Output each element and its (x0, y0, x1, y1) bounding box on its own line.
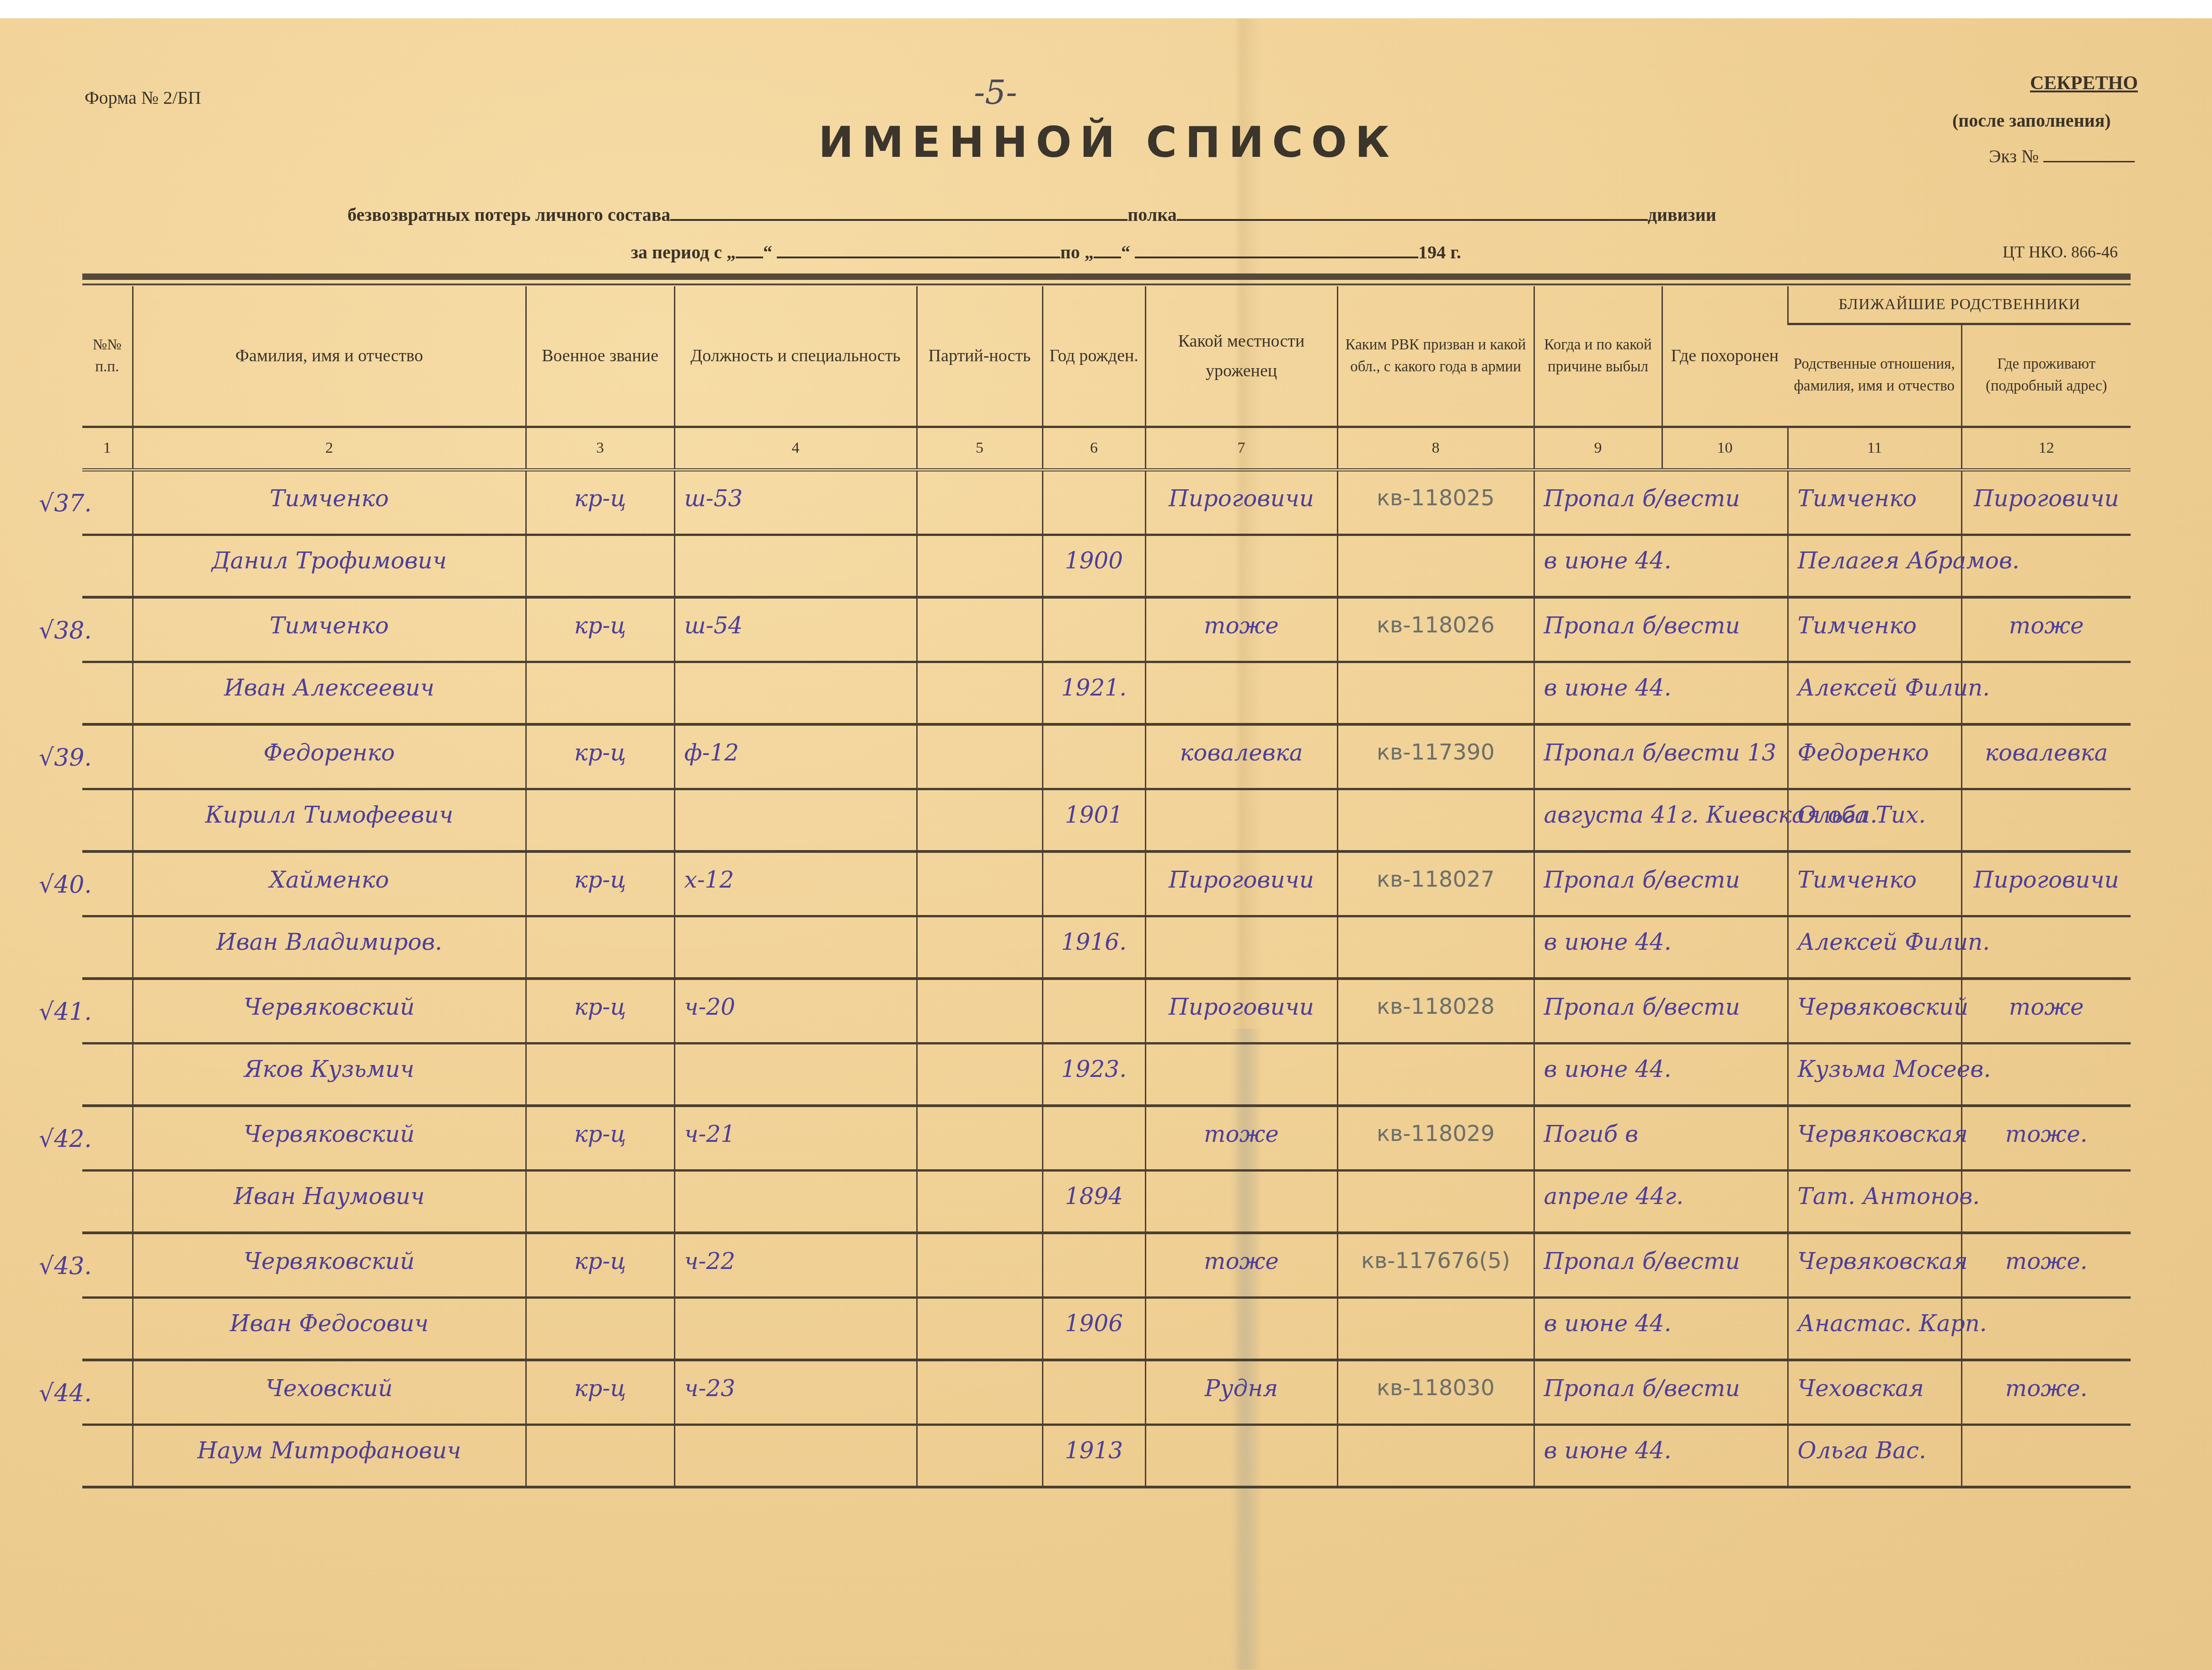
cell-full-name: ЧервяковскийИван Наумович (133, 1106, 526, 1233)
col-number-7: 7 (1145, 427, 1337, 470)
cell-kin-address: Пироговичи (1961, 470, 2131, 598)
checkmark-icon: √ (39, 1252, 54, 1280)
kin-surname: Чеховская (1789, 1375, 1961, 1402)
birth-year: 1894 (1043, 1183, 1145, 1210)
kin-address: Пироговичи (1962, 485, 2131, 512)
cell-birth-year: 1923. (1042, 979, 1145, 1106)
cell-position: ч-22 (674, 1233, 917, 1360)
position: ш-53 (675, 485, 916, 512)
cell-rvk: кв-117390 (1337, 724, 1534, 851)
cell-birthplace: тоже (1145, 597, 1337, 724)
cell-full-name: ТимченкоДанил Трофимович (133, 470, 526, 598)
cell-kin-address: тоже. (1961, 1360, 2131, 1487)
kin-surname: Тимченко (1789, 867, 1961, 893)
table-row: √37. ТимченкоДанил Трофимович кр-ц ш-53 … (82, 470, 2131, 598)
col-header-buried: Где похоронен (1662, 286, 1788, 427)
when-why-line2: в июне 44. (1535, 674, 1787, 701)
birth-year: 1901 (1043, 802, 1145, 828)
when-why-line2: в июне 44. (1535, 1056, 1787, 1082)
kin-surname: Червяковский (1789, 994, 1961, 1020)
table-row: √43. ЧервяковскийИван Федосович кр-ц ч-2… (82, 1233, 2131, 1360)
rvk-number: кв-118026 (1338, 612, 1533, 638)
cell-rank: кр-ц (526, 1233, 674, 1360)
given-names: Иван Владимиров. (134, 929, 525, 955)
cell-birth-year: 1900 (1042, 470, 1145, 598)
cell-when-why: Пропал б/вестив июне 44. (1534, 979, 1788, 1106)
kin-address: тоже (1962, 994, 2131, 1020)
col-number-11: 11 (1788, 427, 1961, 470)
rvk-number: кв-118029 (1338, 1121, 1533, 1146)
row-number: √41. (39, 998, 92, 1026)
year-label: 194 г. (1418, 242, 1461, 262)
birthplace: Пироговичи (1146, 867, 1337, 893)
cell-birth-year: 1906 (1042, 1233, 1145, 1360)
cell-when-why: Пропал б/вестив июне 44. (1534, 851, 1788, 979)
surname: Хайменко (134, 867, 525, 893)
cell-rvk: кв-118026 (1337, 597, 1534, 724)
copy-number-blank (2043, 161, 2135, 162)
when-why-line1: Погиб в (1535, 1121, 1787, 1147)
regiment-blank (670, 219, 1127, 221)
header-rule-thin (82, 284, 2131, 285)
cell-rvk: кв-117676(5) (1337, 1233, 1534, 1360)
when-why-line2: в июне 44. (1535, 929, 1787, 955)
when-why-line1: Пропал б/вести (1535, 1248, 1787, 1274)
col-number-5: 5 (917, 427, 1042, 470)
position: х-12 (675, 867, 916, 893)
surname: Тимченко (134, 485, 525, 512)
table-row: √39. ФедоренкоКирилл Тимофеевич кр-ц ф-1… (82, 724, 2131, 851)
cell-party (917, 724, 1042, 851)
rank: кр-ц (527, 1121, 674, 1147)
kin-given-names: Анастас. Карп. (1789, 1310, 1961, 1337)
cell-rvk: кв-118029 (1337, 1106, 1534, 1233)
col-number-6: 6 (1042, 427, 1145, 470)
table-row: √44. ЧеховскийНаум Митрофанович кр-ц ч-2… (82, 1360, 2131, 1487)
classification-note: (после заполнения) (1952, 110, 2111, 131)
col-number-8: 8 (1337, 427, 1534, 470)
col-header-position: Должность и специальность (674, 286, 917, 427)
table-row: √40. ХайменкоИван Владимиров. кр-ц х-12 … (82, 851, 2131, 979)
given-names: Кирилл Тимофеевич (134, 802, 525, 828)
when-why-line2: в июне 44. (1535, 1310, 1787, 1337)
given-names: Иван Наумович (134, 1183, 525, 1210)
when-why-line1: Пропал б/вести (1535, 1375, 1787, 1402)
cell-birthplace: Пироговичи (1145, 470, 1337, 598)
kin-address: Пироговичи (1962, 867, 2131, 893)
cell-kin-relation: ТимченкоАлексей Филип. (1788, 851, 1961, 979)
cell-kin-relation: ФедоренкоОльга Тих. (1788, 724, 1961, 851)
surname: Червяковский (134, 994, 525, 1020)
when-why-line1: Пропал б/вести 13 (1535, 739, 1787, 766)
position: ч-23 (675, 1375, 916, 1402)
rvk-number: кв-117390 (1338, 739, 1533, 765)
cell-birthplace: тоже (1145, 1233, 1337, 1360)
birthplace: Рудня (1146, 1375, 1337, 1402)
rank: кр-ц (527, 867, 674, 893)
cell-full-name: ЧеховскийНаум Митрофанович (133, 1360, 526, 1487)
when-why-line2: августа 41г. Киевская обл. (1535, 802, 1787, 828)
cell-full-name: ЧервяковскийЯков Кузьмич (133, 979, 526, 1106)
period-line: за период с „“ по „“ 194 г. (631, 241, 1461, 263)
col-header-number: №№ п.п. (82, 286, 133, 427)
cell-kin-relation: ЧеховскаяОльга Вас. (1788, 1360, 1961, 1487)
position: ф-12 (675, 739, 916, 766)
print-code: ЦТ НКО. 866-46 (2003, 242, 2118, 262)
checkmark-icon: √ (39, 1380, 54, 1407)
cell-party (917, 1233, 1042, 1360)
cell-rvk: кв-118030 (1337, 1360, 1534, 1487)
cell-party (917, 1360, 1042, 1487)
cell-number: √42. (82, 1106, 133, 1233)
period-to-month-blank (1135, 257, 1418, 258)
given-names: Яков Кузьмич (134, 1056, 525, 1082)
when-why-line1: Пропал б/вести (1535, 867, 1787, 893)
row-number: √37. (39, 490, 92, 517)
birthplace: тоже (1146, 612, 1337, 639)
row-number: √43. (39, 1252, 92, 1280)
cell-birth-year: 1901 (1042, 724, 1145, 851)
cell-position: ш-53 (674, 470, 917, 598)
cell-rvk: кв-118028 (1337, 979, 1534, 1106)
kin-surname: Тимченко (1789, 612, 1961, 639)
kin-address: тоже (1962, 612, 2131, 639)
cell-position: ш-54 (674, 597, 917, 724)
cell-number: √40. (82, 851, 133, 979)
kin-given-names: Пелагея Абрамов. (1789, 547, 1961, 574)
surname: Червяковский (134, 1121, 525, 1147)
classification-stamp: СЕКРЕТНО (2030, 72, 2138, 94)
cell-birth-year: 1916. (1042, 851, 1145, 979)
col-header-party: Партий-ность (917, 286, 1042, 427)
given-names: Иван Алексеевич (134, 674, 525, 701)
when-why-line1: Пропал б/вести (1535, 485, 1787, 512)
col-number-12: 12 (1961, 427, 2131, 470)
col-group-next-of-kin: БЛИЖАЙШИЕ РОДСТВЕННИКИ (1788, 286, 2131, 324)
cell-when-why: Погиб вапреле 44г. (1534, 1106, 1788, 1233)
col-header-birth-year: Год рожден. (1042, 286, 1145, 427)
cell-rvk: кв-118025 (1337, 470, 1534, 598)
cell-kin-address: Пироговичи (1961, 851, 2131, 979)
given-names: Данил Трофимович (134, 547, 525, 574)
period-to-day-blank (1094, 257, 1121, 258)
checkmark-icon: √ (39, 490, 54, 517)
birthplace: Пироговичи (1146, 485, 1337, 512)
cell-position: х-12 (674, 851, 917, 979)
kin-given-names: Кузьма Мосеев. (1789, 1056, 1961, 1082)
cell-kin-relation: ЧервяковскаяТат. Антонов. (1788, 1106, 1961, 1233)
col-header-full-name: Фамилия, имя и отчество (133, 286, 526, 427)
col-header-kin-relation: Родственные отношения, фамилия, имя и от… (1788, 324, 1961, 427)
cell-full-name: ФедоренкоКирилл Тимофеевич (133, 724, 526, 851)
cell-rank: кр-ц (526, 851, 674, 979)
cell-number: √38. (82, 597, 133, 724)
cell-kin-address: тоже (1961, 979, 2131, 1106)
rank: кр-ц (527, 485, 674, 512)
regiment-label: полка (1127, 204, 1176, 225)
col-header-kin-address: Где проживают (подробный адрес) (1961, 324, 2131, 427)
rvk-number: кв-118025 (1338, 485, 1533, 511)
given-names: Иван Федосович (134, 1310, 525, 1337)
when-why-line2: апреле 44г. (1535, 1183, 1787, 1210)
kin-address: ковалевка (1962, 739, 2131, 766)
cell-when-why: Пропал б/вестив июне 44. (1534, 1233, 1788, 1360)
kin-given-names: Ольга Вас. (1789, 1437, 1961, 1464)
cell-kin-relation: ЧервяковскийКузьма Мосеев. (1788, 979, 1961, 1106)
cell-party (917, 979, 1042, 1106)
col-number-10: 10 (1662, 427, 1788, 470)
cell-when-why: Пропал б/вести 13августа 41г. Киевская о… (1534, 724, 1788, 851)
kin-surname: Федоренко (1789, 739, 1961, 766)
table-row: √41. ЧервяковскийЯков Кузьмич кр-ц ч-20 … (82, 979, 2131, 1106)
row-number: √44. (39, 1380, 92, 1407)
checkmark-icon: √ (39, 998, 54, 1026)
cell-when-why: Пропал б/вестив июне 44. (1534, 597, 1788, 724)
birth-year: 1906 (1043, 1310, 1145, 1337)
when-why-line2: в июне 44. (1535, 547, 1787, 574)
checkmark-icon: √ (39, 744, 54, 771)
kin-address: тоже. (1962, 1375, 2131, 1402)
header-rule-thick (82, 273, 2131, 280)
period-to-label: по „ (1060, 242, 1094, 262)
position: ч-20 (675, 994, 916, 1020)
position: ч-21 (675, 1121, 916, 1147)
cell-kin-address: тоже. (1961, 1106, 2131, 1233)
cell-kin-address: тоже. (1961, 1233, 2131, 1360)
period-from-day-blank (736, 257, 763, 258)
cell-full-name: ТимченкоИван Алексеевич (133, 597, 526, 724)
rvk-number: кв-118030 (1338, 1375, 1533, 1401)
page-number: -5- (974, 73, 1017, 112)
cell-number: √41. (82, 979, 133, 1106)
cell-kin-address: ковалевка (1961, 724, 2131, 851)
birth-year: 1916. (1043, 929, 1145, 955)
kin-address: тоже. (1962, 1248, 2131, 1274)
col-number-3: 3 (526, 427, 674, 470)
kin-surname: Тимченко (1789, 485, 1961, 512)
cell-rank: кр-ц (526, 1360, 674, 1487)
rvk-number: кв-117676(5) (1338, 1248, 1533, 1274)
table-row: √38. ТимченкоИван Алексеевич кр-ц ш-54 1… (82, 597, 2131, 724)
cell-rank: кр-ц (526, 470, 674, 598)
row-number: √38. (39, 617, 92, 644)
surname: Тимченко (134, 612, 525, 639)
kin-surname: Червяковская (1789, 1248, 1961, 1274)
kin-given-names: Тат. Антонов. (1789, 1183, 1961, 1210)
cell-birthplace: Пироговичи (1145, 979, 1337, 1106)
rank: кр-ц (527, 739, 674, 766)
when-why-line2: в июне 44. (1535, 1437, 1787, 1464)
birthplace: Пироговичи (1146, 994, 1337, 1020)
kin-given-names: Ольга Тих. (1789, 802, 1961, 828)
position: ч-22 (675, 1248, 916, 1274)
cell-when-why: Пропал б/вестив июне 44. (1534, 1360, 1788, 1487)
cell-full-name: ЧервяковскийИван Федосович (133, 1233, 526, 1360)
col-header-rank: Военное звание (526, 286, 674, 427)
period-from-label: за период с „ (631, 242, 736, 262)
checkmark-icon: √ (39, 1125, 54, 1153)
cell-rank: кр-ц (526, 724, 674, 851)
birth-year: 1923. (1043, 1056, 1145, 1082)
kin-address: тоже. (1962, 1121, 2131, 1147)
rank: кр-ц (527, 612, 674, 639)
cell-position: ф-12 (674, 724, 917, 851)
birth-year: 1921. (1043, 674, 1145, 701)
col-header-when-why: Когда и по какой причине выбыл (1534, 286, 1662, 427)
surname: Червяковский (134, 1248, 525, 1274)
table-row: √42. ЧервяковскийИван Наумович кр-ц ч-21… (82, 1106, 2131, 1233)
cell-number: √44. (82, 1360, 133, 1487)
cell-birth-year: 1913 (1042, 1360, 1145, 1487)
cell-rank: кр-ц (526, 979, 674, 1106)
checkmark-icon: √ (39, 871, 54, 899)
when-why-line1: Пропал б/вести (1535, 612, 1787, 639)
col-number-1: 1 (82, 427, 133, 470)
cell-party (917, 1106, 1042, 1233)
document-title: ИМЕННОЙ СПИСОК (818, 118, 1398, 167)
cell-number: √43. (82, 1233, 133, 1360)
birthplace: ковалевка (1146, 739, 1337, 766)
cell-birthplace: Рудня (1145, 1360, 1337, 1487)
rank: кр-ц (527, 1375, 674, 1402)
cell-position: ч-23 (674, 1360, 917, 1487)
cell-party (917, 851, 1042, 979)
copy-number-label: Экз № (1989, 146, 2039, 166)
kin-given-names: Алексей Филип. (1789, 929, 1961, 955)
cell-birthplace: тоже (1145, 1106, 1337, 1233)
cell-kin-relation: ТимченкоАлексей Филип. (1788, 597, 1961, 724)
cell-position: ч-20 (674, 979, 917, 1106)
cell-full-name: ХайменкоИван Владимиров. (133, 851, 526, 979)
cell-rank: кр-ц (526, 597, 674, 724)
cell-kin-relation: ТимченкоПелагея Абрамов. (1788, 470, 1961, 598)
division-blank (1177, 219, 1648, 221)
cell-position: ч-21 (674, 1106, 917, 1233)
surname: Чеховский (134, 1375, 525, 1402)
cell-number: √39. (82, 724, 133, 851)
cell-kin-relation: ЧервяковскаяАнастас. Карп. (1788, 1233, 1961, 1360)
division-label: дивизии (1648, 204, 1716, 225)
birthplace: тоже (1146, 1121, 1337, 1147)
cell-kin-address: тоже (1961, 597, 2131, 724)
cell-party (917, 597, 1042, 724)
rank: кр-ц (527, 1248, 674, 1274)
cell-rvk: кв-118027 (1337, 851, 1534, 979)
kin-surname: Червяковская (1789, 1121, 1961, 1147)
birth-year: 1900 (1043, 547, 1145, 574)
cell-number: √37. (82, 470, 133, 598)
col-number-9: 9 (1534, 427, 1662, 470)
given-names: Наум Митрофанович (134, 1437, 525, 1464)
row-number: √39. (39, 744, 92, 771)
row-number: √40. (39, 871, 92, 899)
col-header-rvk: Каким РВК призван и какой обл., с какого… (1337, 286, 1534, 427)
copy-number-field: Экз № (1989, 145, 2135, 167)
cell-party (917, 470, 1042, 598)
col-number-4: 4 (674, 427, 917, 470)
rvk-number: кв-118027 (1338, 867, 1533, 892)
rvk-number: кв-118028 (1338, 994, 1533, 1019)
checkmark-icon: √ (39, 617, 54, 644)
birth-year: 1913 (1043, 1437, 1145, 1464)
form-number: Форма № 2/БП (85, 87, 201, 108)
cell-when-why: Пропал б/вестив июне 44. (1534, 470, 1788, 598)
cell-birth-year: 1921. (1042, 597, 1145, 724)
when-why-line1: Пропал б/вести (1535, 994, 1787, 1020)
cell-birth-year: 1894 (1042, 1106, 1145, 1233)
losses-table: №№ п.п. Фамилия, имя и отчество Военное … (82, 286, 2131, 1488)
rank: кр-ц (527, 994, 674, 1020)
birthplace: тоже (1146, 1248, 1337, 1274)
surname: Федоренко (134, 739, 525, 766)
position: ш-54 (675, 612, 916, 639)
row-number: √42. (39, 1125, 92, 1153)
col-header-birthplace: Какой местности уроженец (1145, 286, 1337, 427)
cell-birthplace: ковалевка (1145, 724, 1337, 851)
kin-given-names: Алексей Филип. (1789, 674, 1961, 701)
cell-rank: кр-ц (526, 1106, 674, 1233)
losses-label: безвозвратных потерь личного состава (347, 204, 670, 225)
cell-birthplace: Пироговичи (1145, 851, 1337, 979)
unit-line: безвозвратных потерь личного составаполк… (347, 204, 1716, 225)
col-number-2: 2 (133, 427, 526, 470)
period-from-month-blank (777, 257, 1060, 258)
